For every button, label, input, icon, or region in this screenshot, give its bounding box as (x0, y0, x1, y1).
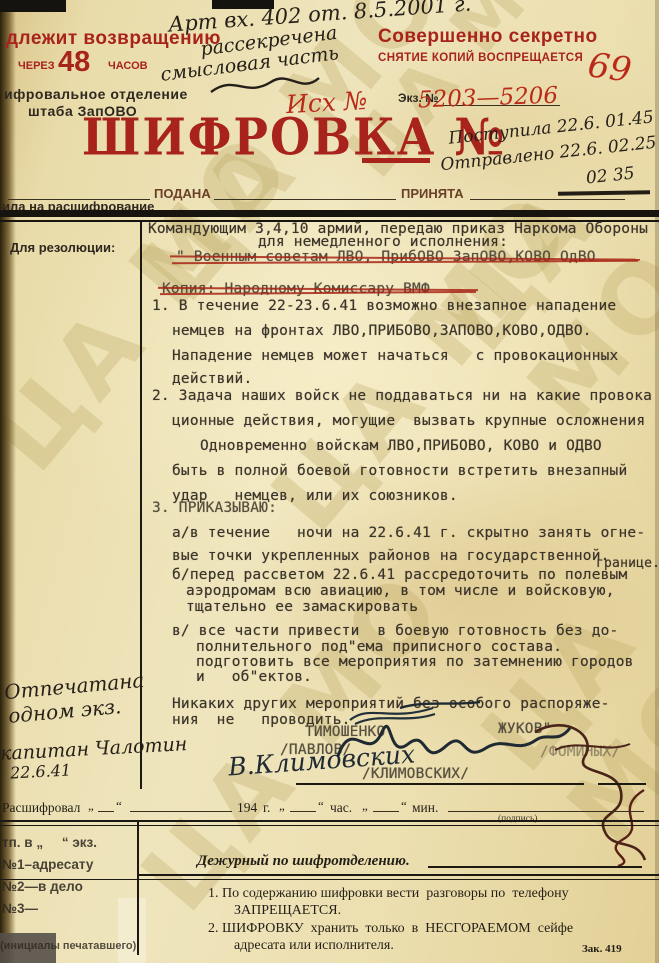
quote-mark: “ (318, 798, 324, 814)
hw-date: 22.6.41 (10, 760, 72, 782)
body-line: Одновременно войскам ЛВО,ПРИБОВО, КОВО и… (200, 438, 602, 454)
scan-left-edge (0, 0, 16, 963)
hours-label: час. (330, 800, 352, 816)
copies-dist-line: №3— (2, 901, 38, 916)
body-line: тщательно ее замаскировать (186, 599, 418, 615)
cipher-dept-line: ифровальное отделение (4, 86, 188, 102)
body-line: а/в течение ночи на 22.6.41 г. скрытно з… (172, 525, 645, 541)
body-line: 2. Задача наших войск не поддаваться ни … (152, 388, 652, 404)
column-divider (140, 222, 142, 789)
duty-officer-label: Дежурный по шифротделению. (197, 853, 410, 870)
quote-mark: “ (401, 798, 407, 814)
horizontal-rule (0, 825, 659, 827)
scanned-document-page: ЦА МО ЦА МО ЦА МО ЦА МО ЦА МО ЦА МО ЦА М… (0, 0, 659, 963)
signature-underline (296, 783, 584, 785)
return-through-label: ЧЕРЕЗ (18, 60, 55, 72)
form-line (290, 811, 316, 812)
body-line: немцев на фронтах ЛВО,ПРИБОВО,ЗАПОВО,КОВ… (172, 323, 592, 339)
form-line (428, 866, 642, 868)
return-hours-word: ЧАСОВ (108, 60, 148, 72)
form-line (373, 811, 399, 812)
hw-sent-time-2: 02 35 (585, 164, 635, 189)
deciphered-by-label: Расшифровал (2, 800, 80, 816)
signature-squiggle (592, 786, 656, 870)
accepted-label: ПРИНЯТА (401, 186, 464, 201)
return-hours-number: 48 (58, 46, 90, 79)
body-line: ционные действия, могущие вызвать крупны… (172, 413, 645, 429)
body-line: 1. В течение 22-23.6.41 возможно внезапн… (152, 298, 616, 314)
separator-band (0, 210, 659, 217)
body-line: действий. (172, 371, 252, 387)
signature-caption: (подпись) (498, 814, 537, 824)
return-notice: длежит возвращению (6, 28, 221, 50)
scan-corner-mark (0, 0, 66, 12)
rule-line: 2. ШИФРОВКУ хранить только в НЕСГОРАЕМОМ… (208, 921, 573, 937)
body-line: аэродромам всю авиацию, в том числе и во… (186, 583, 615, 599)
body-line: Нападение немцев может начаться с провок… (172, 348, 619, 364)
body-line: полнительного под"ема приписного состава… (196, 639, 562, 655)
year-suffix: г. (263, 800, 270, 816)
rule-line: адресата или исполнителя. (234, 938, 394, 954)
quote-mark: „ (88, 798, 94, 814)
quote-mark: „ (362, 798, 368, 814)
body-line: быть в полной боевой готовности встретит… (172, 463, 627, 479)
horizontal-rule (0, 820, 659, 822)
no-copies-label: СНЯТИЕ КОПИЙ ВОСПРЕЩАЕТСЯ (378, 52, 583, 64)
body-line: и об"ектов. (196, 669, 312, 685)
copies-dist-line: №2—в дело (2, 879, 83, 894)
signature-underline (598, 783, 646, 785)
hw-operator-name: капитан Чалотин (0, 733, 188, 765)
body-line: вые точки укрепленных районов на государ… (172, 548, 610, 564)
hw-heavy-line (558, 190, 650, 196)
form-line (214, 199, 396, 200)
quote-mark: “ (116, 798, 122, 814)
body-line: 3. ПРИКАЗЫВАЮ: (152, 500, 277, 516)
body-line: б/перед рассветом 22.6.41 рассредоточить… (172, 567, 627, 583)
submitted-label: ПОДАНА (154, 186, 211, 201)
year-prefix: 194 (237, 800, 257, 816)
copies-dist-line: тп. в „ “ экз. (2, 835, 97, 850)
top-secret-label: Совершенно секретно (378, 26, 598, 48)
minutes-label: мин. (412, 800, 438, 816)
print-order-number: Зак. 419 (582, 943, 622, 955)
form-line (470, 199, 625, 200)
paper-patch (118, 898, 146, 963)
horizontal-rule (0, 879, 659, 880)
initials-caption: (инициалы печатавшего) (0, 940, 136, 952)
copies-dist-line: №1–адресату (2, 857, 93, 872)
column-divider (137, 821, 139, 955)
body-line: подготовить все мероприятия по затемнени… (196, 654, 634, 670)
horizontal-rule (137, 874, 659, 876)
rule-line: 1. По содержанию шифровки вести разговор… (208, 886, 569, 902)
hw-copy-number: 69 (585, 45, 633, 91)
quote-mark: „ (279, 798, 285, 814)
body-line: в/ все части привести в боевую готовност… (172, 623, 619, 639)
title-number-line (362, 158, 430, 163)
form-line (130, 811, 232, 812)
body-line: для немедленного исполнения: (258, 234, 508, 250)
rule-line: ЗАПРЕЩАЕТСЯ. (234, 903, 341, 919)
resolution-label: Для резолюции: (10, 240, 115, 255)
form-line (448, 811, 644, 812)
form-line (98, 811, 114, 812)
